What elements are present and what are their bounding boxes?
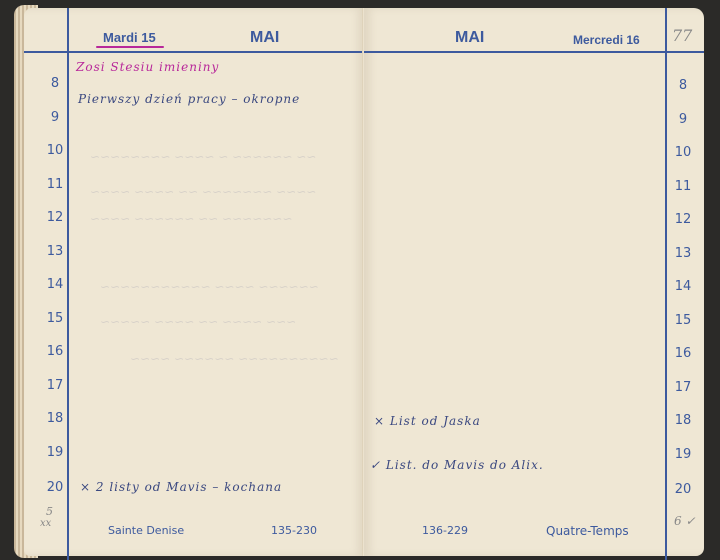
diary-entry-name-day: Zosi Stesiu imieniny <box>76 60 219 74</box>
left-header-line <box>24 51 364 53</box>
hour-label: 19 <box>668 447 698 462</box>
pencil-note: 5 <box>46 505 53 518</box>
hour-label: 11 <box>40 177 70 192</box>
left-month-title: MAI <box>250 29 279 47</box>
hour-label: 9 <box>40 110 70 125</box>
hour-label: 13 <box>40 244 70 259</box>
hour-label: 20 <box>40 480 70 495</box>
right-day-label: Mercredi 16 <box>573 33 640 47</box>
right-month-title: MAI <box>455 29 484 47</box>
right-header-line <box>364 51 704 53</box>
hour-label: 8 <box>668 78 698 93</box>
liturgical-note: Quatre-Temps <box>546 524 629 538</box>
bleed-through-text: ~~~ ~~~~ ~~ ~~~~ ~~~~~ <box>100 315 296 329</box>
right-page <box>364 8 704 556</box>
hour-label: 14 <box>668 279 698 294</box>
pencil-page-number: 77 <box>672 26 692 45</box>
hour-label: 9 <box>668 112 698 127</box>
bleed-through-text: ~~~~ ~~~~~~~ ~~ ~~~~ ~~~~ <box>90 185 316 199</box>
bleed-through-text: ~~~~~~ ~~~~ ~~~~~~~~~~~ <box>100 280 319 294</box>
diary-entry-first-work-day: Pierwszy dzień pracy – okropne <box>78 92 300 106</box>
hour-label: 14 <box>40 277 70 292</box>
hour-label: 12 <box>40 210 70 225</box>
hour-label: 18 <box>40 411 70 426</box>
hour-label: 18 <box>668 413 698 428</box>
hour-label: 17 <box>40 378 70 393</box>
hour-label: 20 <box>668 482 698 497</box>
pink-underline <box>96 46 164 48</box>
pencil-marks: xx <box>40 518 51 529</box>
right-margin-line <box>665 8 667 560</box>
hour-label: 12 <box>668 212 698 227</box>
hour-label: 15 <box>40 311 70 326</box>
bleed-through-text: ~~ ~~~~~~ ~ ~~~~ ~~~~~~~~ <box>90 150 316 164</box>
hour-label: 16 <box>40 344 70 359</box>
pencil-check-mark: 6 ✓ <box>674 514 696 528</box>
diary-entry-letter-from-jasek: × List od Jaska <box>374 414 481 428</box>
right-day-date: 16 <box>626 33 639 47</box>
hour-label: 10 <box>40 143 70 158</box>
bleed-through-text: ~~~~~~~ ~~ ~~~~~~ ~~~~ <box>90 212 292 226</box>
diary-entry-letters-to-mavis-alix: ✓ List. do Mavis do Alix. <box>370 458 544 472</box>
hour-label: 15 <box>668 313 698 328</box>
hour-label: 19 <box>40 445 70 460</box>
bleed-through-text: ~~~~~~~~~~ ~~~~~~ ~~~~ <box>130 352 339 366</box>
hour-label: 10 <box>668 145 698 160</box>
saint-of-day: Sainte Denise <box>108 524 184 537</box>
hour-label: 8 <box>40 76 70 91</box>
diary-entry-letters-from-mavis: × 2 listy od Mavis – kochana <box>80 480 282 494</box>
day-count: 135-230 <box>271 524 317 537</box>
hour-label: 11 <box>668 179 698 194</box>
left-day-label: Mardi 15 <box>103 30 156 45</box>
hour-label: 16 <box>668 346 698 361</box>
day-count: 136-229 <box>422 524 468 537</box>
right-day-name: Mercredi <box>573 33 623 47</box>
hour-label: 13 <box>668 246 698 261</box>
left-day-name: Mardi <box>103 30 138 45</box>
hour-label: 17 <box>668 380 698 395</box>
left-day-date: 15 <box>141 30 155 45</box>
